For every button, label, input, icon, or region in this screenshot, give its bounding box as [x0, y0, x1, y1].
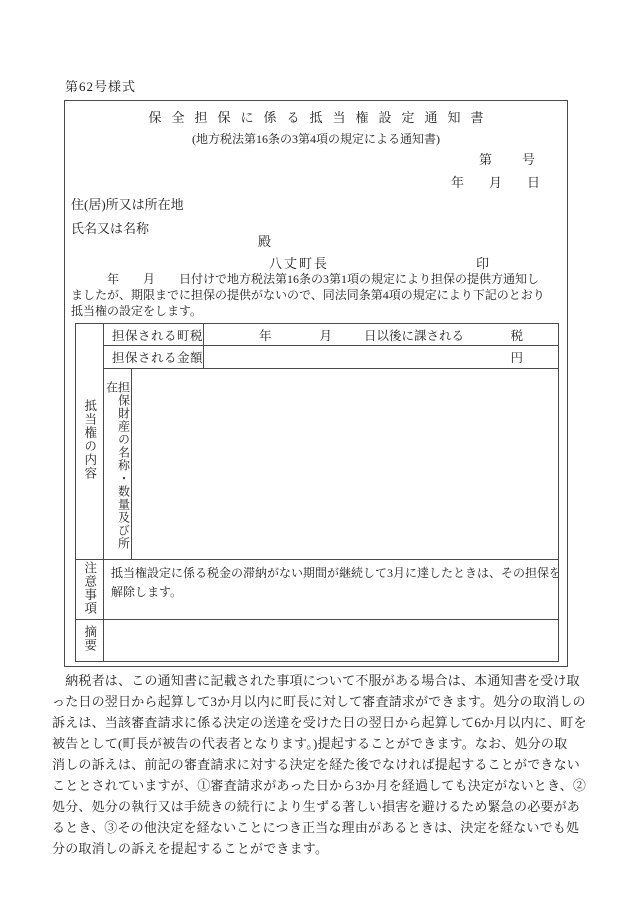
property-row: 担保財産の名称・数量及び所在	[104, 369, 559, 560]
name-label: 氏名又は名称	[71, 218, 149, 237]
address-label: 住(居)所又は所在地	[71, 194, 184, 213]
mortgage-table: 抵当権の内容 担保される町税 年 月 日以後に課される 税 担保される金額 円	[75, 323, 559, 662]
property-description-blank	[132, 369, 558, 559]
tax-value-month: 月	[320, 326, 333, 344]
amount-row-label: 担保される金額	[104, 346, 204, 369]
doc-number-suffix: 号	[522, 149, 535, 168]
document-page: 第62号様式 保全担保に係る抵当権設定通知書 (地方税法第16条の3第4項の規定…	[0, 0, 630, 915]
footer-paragraph: 納税者は、この通知書に記載された事項について不服がある場合は、本通知書を受け取っ…	[52, 670, 579, 859]
tax-row-label: 担保される町税	[104, 324, 204, 346]
form-subtitle: (地方税法第16条の3第4項の規定による通知書)	[65, 130, 567, 147]
date-year-label: 年	[451, 172, 464, 191]
date-month-label: 月	[489, 172, 502, 191]
honorific-dono: 殿	[258, 231, 271, 250]
sender-name: 八丈町長	[269, 253, 329, 272]
amount-row-value-cell: 円	[204, 346, 559, 369]
notes-row-label: 注意事項	[76, 560, 104, 620]
tax-value-tax-suffix: 税	[510, 326, 523, 344]
form-title: 保全担保に係る抵当権設定通知書	[65, 107, 567, 126]
summary-blank-cell	[104, 620, 559, 662]
form-box: 保全担保に係る抵当権設定通知書 (地方税法第16条の3第4項の規定による通知書)…	[64, 100, 568, 667]
tax-row-value-cell: 年 月 日以後に課される 税	[204, 324, 559, 346]
doc-number-line: 第 号	[65, 149, 567, 168]
body-paragraph: 年 月 日付けで地方税法第16条の3第1項の規定により担保の提供方通知しましたが…	[71, 271, 563, 319]
date-line: 年 月 日	[65, 172, 567, 191]
form-number: 第62号様式	[65, 76, 136, 95]
amount-unit-yen: 円	[510, 351, 523, 365]
property-row-label: 担保財産の名称・数量及び所在	[104, 369, 132, 559]
section-label-mortgage-contents: 抵当権の内容	[76, 324, 104, 560]
tax-value-year: 年	[259, 326, 272, 344]
notes-text: 抵当権設定に係る税金の滞納がない期間が継続して3月に達したときは、その担保を解除…	[104, 560, 559, 620]
summary-row-label: 摘要	[76, 620, 104, 662]
tax-value-after-day: 日以後に課される	[364, 326, 464, 344]
doc-number-prefix: 第	[479, 149, 492, 168]
date-day-label: 日	[527, 172, 540, 191]
seal-mark: 印	[476, 253, 489, 272]
